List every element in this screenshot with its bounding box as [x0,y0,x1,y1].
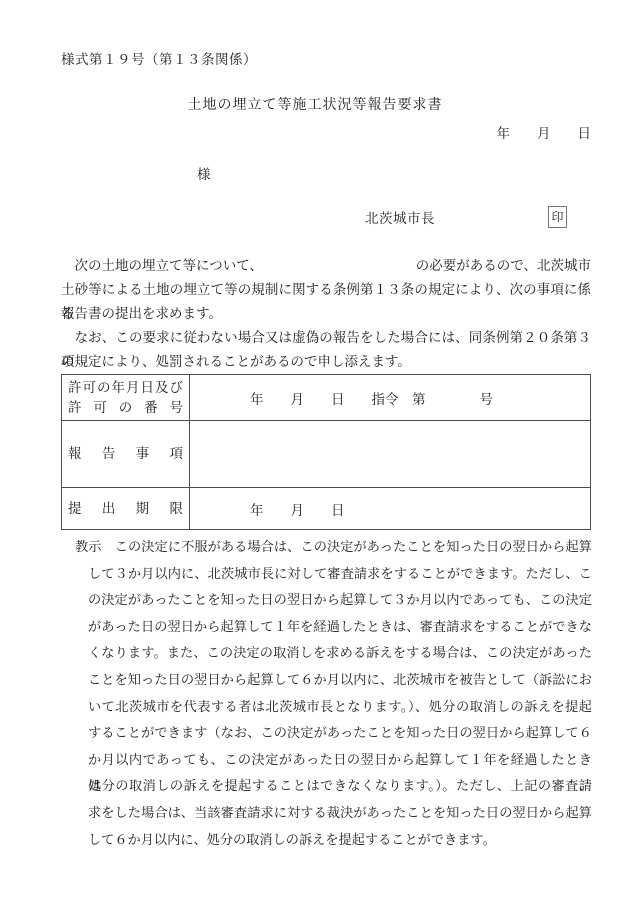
report-request-table: 許可の年月日及び 許可の番号 年 月 日 指令 第 号 報告事項 提出期限 年 … [61,374,591,530]
kyoji-line: して３か月以内に、北茨城市長に対して審査請求をすることができます。ただし、こ [88,561,592,588]
row-label: 許可の年月日及び [68,378,183,398]
body-line: 報告書の提出を求めます。 [61,302,591,326]
kyoji-line: があった日の翌日から起算して１年を経過したときは、審査請求をすることができな [88,614,592,641]
body-line: の規定により、処罰されることがあるので申し添えます。 [61,350,591,374]
kyoji-line: くなります。また、この決定の取消しを求める訴えをする場合は、この決定があった [88,640,592,667]
page-title: 土地の埋立て等施工状況等報告要求書 [0,94,630,114]
kyoji-instruction-block: 教示 この決定に不服がある場合は、この決定があったことを知った日の翌日から起算 … [88,534,592,853]
kyoji-line: 処分の取消しの訴えを提起することはできなくなります。）。ただし、上記の審査請 [88,773,592,800]
row-label: 提出期限 [68,499,183,519]
date-line: 年 月 日 [497,122,592,142]
form-number: 様式第１９号（第１３条関係） [61,48,257,68]
document-page: 様式第１９号（第１３条関係） 土地の埋立て等施工状況等報告要求書 年 月 日 様… [0,0,630,903]
body-line: 次の土地の埋立て等について、 の必要があるので、北茨城市 [61,254,591,278]
kyoji-line: して６か月以内に、処分の取消しの訴えを提起することができます。 [88,827,592,854]
body-line: 土砂等による土地の埋立て等の規制に関する条例第１３条の規定により、次の事項に係る [61,278,591,302]
kyoji-line: か月以内であっても、この決定があった日の翌日から起算して１年を経過したときは、 [88,747,592,774]
kyoji-line: 求をした場合は、当該審査請求に対する裁決があったことを知った日の翌日から起算 [88,800,592,827]
row-value-cell [190,421,591,488]
row-value-cell: 年 月 日 指令 第 号 [190,375,591,421]
kyoji-line: することができます（なお、この決定があったことを知った日の翌日から起算して６ [88,720,592,747]
table-row-permit: 許可の年月日及び 許可の番号 年 月 日 指令 第 号 [62,375,591,421]
kyoji-line: 教示 この決定に不服がある場合は、この決定があったことを知った日の翌日から起算 [88,534,592,561]
seal-mark: 印 [548,206,567,228]
table-row-report: 報告事項 [62,421,591,488]
row-value-cell: 年 月 日 [190,488,591,530]
sender-name: 北茨城市長 [365,207,435,227]
row-label: 報告事項 [68,444,183,464]
para1-line1-pre: 次の土地の埋立て等について、 [61,254,263,278]
body-line: なお、この要求に従わない場合又は虚偽の報告をした場合には、同条例第２０条第３項 [61,326,591,350]
row-label: 許可の番号 [68,398,183,418]
para1-line1-post: の必要があるので、北茨城市 [416,254,591,278]
sender-line: 北茨城市長 印 [61,206,591,228]
row-label-cell: 報告事項 [62,421,190,488]
kyoji-line: の決定があったことを知った日の翌日から起算して３か月以内であっても、この決定 [88,587,592,614]
kyoji-line: いて北茨城市を代表する者は北茨城市長となります。）、処分の取消しの訴えを提起 [88,694,592,721]
row-label-cell: 許可の年月日及び 許可の番号 [62,375,190,421]
table-row-deadline: 提出期限 年 月 日 [62,488,591,530]
addressee-suffix: 様 [197,163,211,183]
body-paragraphs: 次の土地の埋立て等について、 の必要があるので、北茨城市 土砂等による土地の埋立… [61,254,591,374]
row-label-cell: 提出期限 [62,488,190,530]
kyoji-line: ことを知った日の翌日から起算して６か月以内に、北茨城市を被告として（訴訟にお [88,667,592,694]
